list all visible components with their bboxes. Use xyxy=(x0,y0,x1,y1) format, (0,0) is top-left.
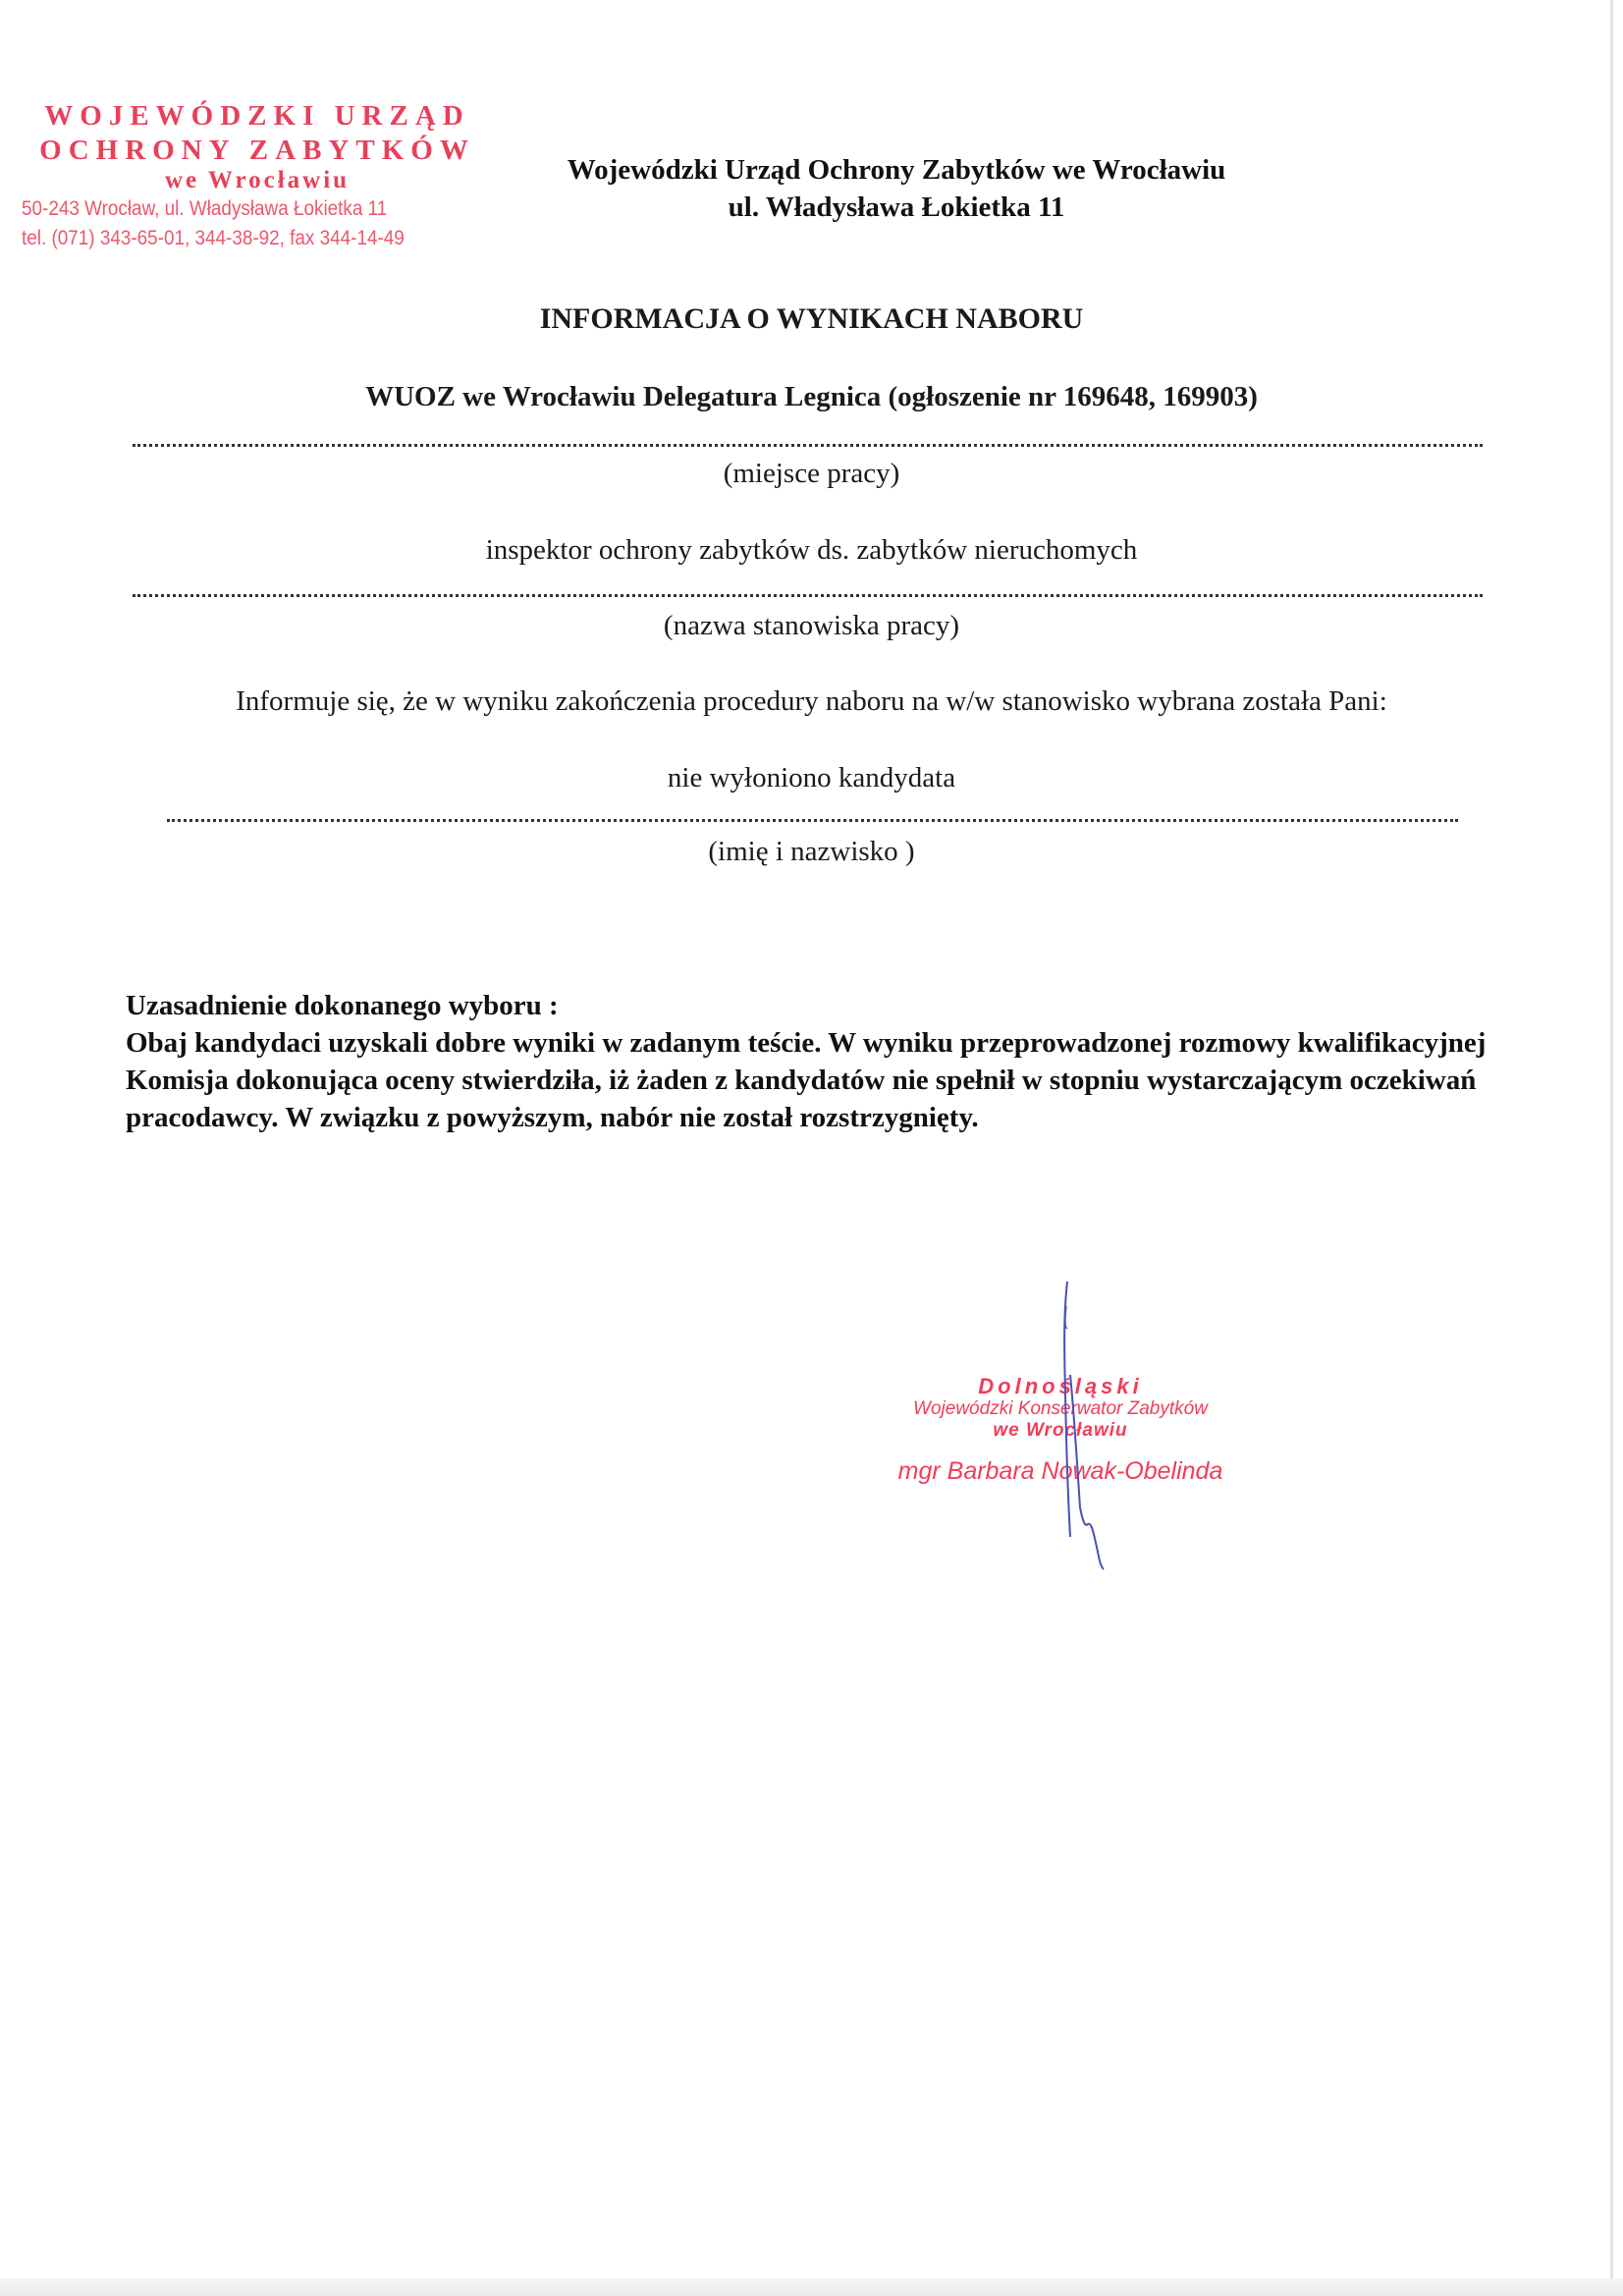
workplace-caption: (miejsce pracy) xyxy=(0,458,1623,490)
workplace-dotted-line xyxy=(133,444,1483,447)
position-value: inspektor ochrony zabytków ds. zabytków … xyxy=(0,534,1623,567)
scan-edge-bottom xyxy=(0,2278,1623,2296)
result-statement: Informuje się, że w wyniku zakończenia p… xyxy=(0,685,1623,718)
candidate-dotted-line xyxy=(167,819,1458,822)
position-caption: (nazwa stanowiska pracy) xyxy=(0,610,1623,642)
candidate-caption: (imię i nazwisko ) xyxy=(0,836,1623,868)
header-address: ul. Władysława Łokietka 11 xyxy=(412,190,1380,225)
candidate-value: nie wyłoniono kandydata xyxy=(0,762,1623,794)
stamp-address: 50-243 Wrocław, ul. Władysława Łokietka … xyxy=(22,194,446,224)
header-institution: Wojewódzki Urząd Ochrony Zabytków we Wro… xyxy=(412,152,1380,188)
justification-text: Obaj kandydaci uzyskali dobre wyniki w z… xyxy=(126,1024,1500,1136)
justification-heading: Uzasadnienie dokonanego wyboru : xyxy=(126,987,1500,1024)
stamp-phone: tel. (071) 343-65-01, 344-38-92, fax 344… xyxy=(22,224,446,253)
position-dotted-line xyxy=(133,594,1483,597)
workplace-value: WUOZ we Wrocławiu Delegatura Legnica (og… xyxy=(0,381,1623,413)
scan-edge-right xyxy=(1610,0,1613,2296)
handwritten-signature-icon xyxy=(1031,1277,1149,1591)
stamp-line-1: WOJEWÓDZKI URZĄD xyxy=(22,98,493,134)
document-title: INFORMACJA O WYNIKACH NABORU xyxy=(0,302,1623,336)
